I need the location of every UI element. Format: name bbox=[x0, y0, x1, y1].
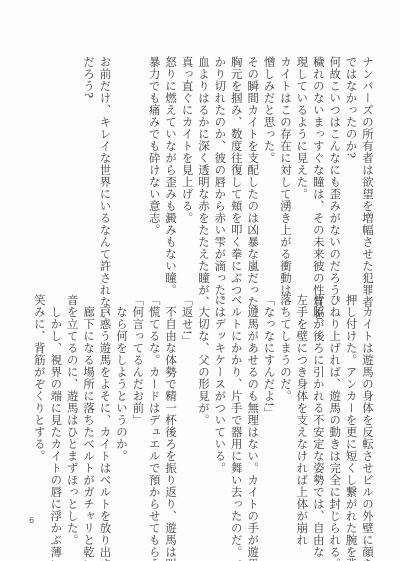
text-line: 押し付けた。アンカーを更に短くし繋がれた腕を背に bbox=[343, 294, 359, 526]
text-line: 廊下になる場所に落ちたベルトがガチャリと乾いた bbox=[81, 294, 97, 526]
text-line: 怒りに燃えていながら歪みも澱みもない瞳。 bbox=[163, 56, 179, 286]
text-line: 笑みに、背筋がぞくりとする。 bbox=[31, 294, 47, 526]
text-line: 真っ直ぐにカイトを見上げる。 bbox=[179, 56, 195, 286]
text-line: ナンバーズの所有者は欲望を増幅させた犯罪者 bbox=[360, 56, 376, 286]
text-line: お前だけ、キレイな世界にいるなんて許されない bbox=[97, 56, 113, 286]
text-line: 不自由な体勢で精一杯後ろを振り返り、遊馬は叫んだ。 bbox=[163, 294, 179, 526]
page-number: 6 bbox=[29, 516, 34, 525]
text-line: 「何言ってるんだお前」 bbox=[130, 294, 146, 526]
text-line: 暴力でも痛みでも砕けない意志。 bbox=[146, 56, 162, 286]
text-line: 現しているように見えた。 bbox=[294, 56, 310, 286]
text-line: 大切な、父の形見が。 bbox=[196, 294, 212, 526]
text-line: しかし、視界の端に見たカイトの唇に浮かぶ薄い bbox=[48, 294, 64, 526]
text-line: なら何をしようというのか。 bbox=[114, 294, 130, 526]
text-line: 胸元を掴み、数度往復して頬を叩く拳にぶつ bbox=[228, 56, 244, 286]
text-line: 戸惑う遊馬をよそに、カイトはベルトを放り出す。 bbox=[97, 294, 113, 526]
blank-line: ​ bbox=[130, 56, 146, 286]
text-line: 穢れのないまっすぐな瞳は、その未来彼の性質を bbox=[310, 56, 326, 286]
text-line: カイトは遊馬の身体を反転させビルの外壁に顔を bbox=[360, 294, 376, 526]
blank-line: ​ bbox=[114, 56, 130, 286]
text-line: 遊馬があせるのも無理はない。カイトの手が遊馬の bbox=[245, 294, 261, 526]
text-line: 左手を壁につき身体を支えなければ上体が崩れ bbox=[294, 294, 310, 526]
text-line: かり切れたのか、彼の唇から赤い雫が滴った。 bbox=[212, 56, 228, 286]
text-line: カイトはこの存在に対して湧き上がる衝動は bbox=[278, 56, 294, 286]
text-line: ベルトにかかり、片手で器用に舞い去ったのだ。ベルト bbox=[228, 294, 244, 526]
text-line: 片脇が後ろに引かれる不安定な姿勢では、自由な bbox=[310, 294, 326, 526]
lower-text-block: カイトは遊馬の身体を反転させビルの外壁に顔を 押し付けた。アンカーを更に短くし繋… bbox=[31, 294, 376, 526]
text-line: 憎しみだと思った。 bbox=[261, 56, 277, 286]
text-line: だろう? bbox=[81, 56, 97, 286]
text-line: ではなかったのか? bbox=[343, 56, 359, 286]
text-line: 落ちてしまうのだ。 bbox=[278, 294, 294, 526]
text-line: ひねり上げれば、遊馬の動きは完全に封じられる。 bbox=[327, 294, 343, 526]
text-line: 「慌てるな。カードはデュエルで預からせてもらう。」 bbox=[146, 294, 162, 526]
text-line: にはデッキケースがついている。 bbox=[212, 294, 228, 526]
text-line: 血よりはるかに深く透明な赤をたたえた瞳が、 bbox=[196, 56, 212, 286]
text-line: 「なっなにすんだよ!」 bbox=[261, 294, 277, 526]
text-line: 「返せ!」 bbox=[179, 294, 195, 526]
text-line: 何故こいつはこんなにも歪みがないのだろう。 bbox=[327, 56, 343, 286]
text-line: その瞬間カイトを支配したのは凶暴な嵐だった。 bbox=[245, 56, 261, 286]
upper-text-block: ナンバーズの所有者は欲望を増幅させた犯罪者 ではなかったのか? 何故こいつはこん… bbox=[81, 56, 376, 286]
text-line: 音を立てるのに、遊馬はひとまずほっとした。 bbox=[64, 294, 80, 526]
